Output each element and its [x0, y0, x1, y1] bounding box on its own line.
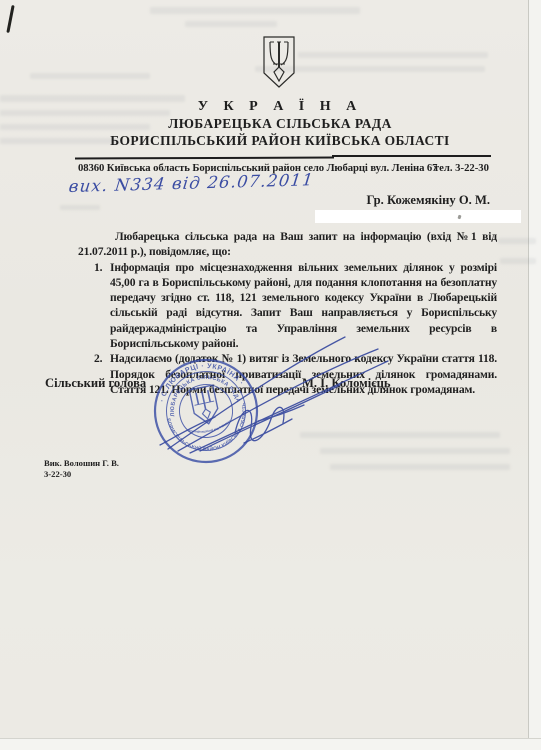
org-name-line2: БОРИСПІЛЬСЬКИЙ РАЙОН КИЇВСЬКА ОБЛАСТІ [30, 133, 530, 149]
bleedthrough-mark [298, 52, 488, 58]
signatory-title: Сільський голова [45, 376, 146, 391]
header-rule-right [332, 155, 491, 157]
org-phone: тел. 3-22-30 [434, 162, 489, 174]
tryzub-emblem-icon [262, 36, 296, 93]
executor-name: Вик. Волошин Г. В. [44, 458, 119, 469]
org-name-line1: ЛЮБАРЕЦЬКА СІЛЬСЬКА РАДА [30, 116, 530, 132]
header-rule-left [75, 157, 334, 160]
pen-mark [6, 5, 14, 33]
bleedthrough-mark [498, 238, 536, 244]
executor-block: Вик. Волошин Г. В. 3-22-30 [44, 458, 119, 480]
bleedthrough-mark [150, 7, 360, 14]
scan-edge-bottom [0, 738, 541, 750]
recipient-name: Гр. Кожемякіну О. М. [366, 193, 490, 208]
scanned-letter-page: У К Р А Ї Н А ЛЮБАРЕЦЬКА СІЛЬСЬКА РАДА Б… [0, 0, 541, 750]
redaction-box [315, 210, 521, 223]
bleedthrough-mark [30, 73, 150, 79]
handwritten-outgoing-number: вих. N334 від 26.07.2011 [68, 170, 315, 196]
body-intro-paragraph: Любарецька сільська рада на Ваш запит на… [78, 229, 497, 260]
bleedthrough-mark [500, 258, 536, 264]
executor-phone: 3-22-30 [44, 469, 119, 480]
bleedthrough-mark [185, 21, 277, 27]
bleedthrough-mark [60, 205, 100, 210]
country-title: У К Р А Ї Н А [30, 99, 530, 115]
handwritten-signature [140, 325, 410, 465]
list-item-1-number: 1. [94, 260, 110, 352]
